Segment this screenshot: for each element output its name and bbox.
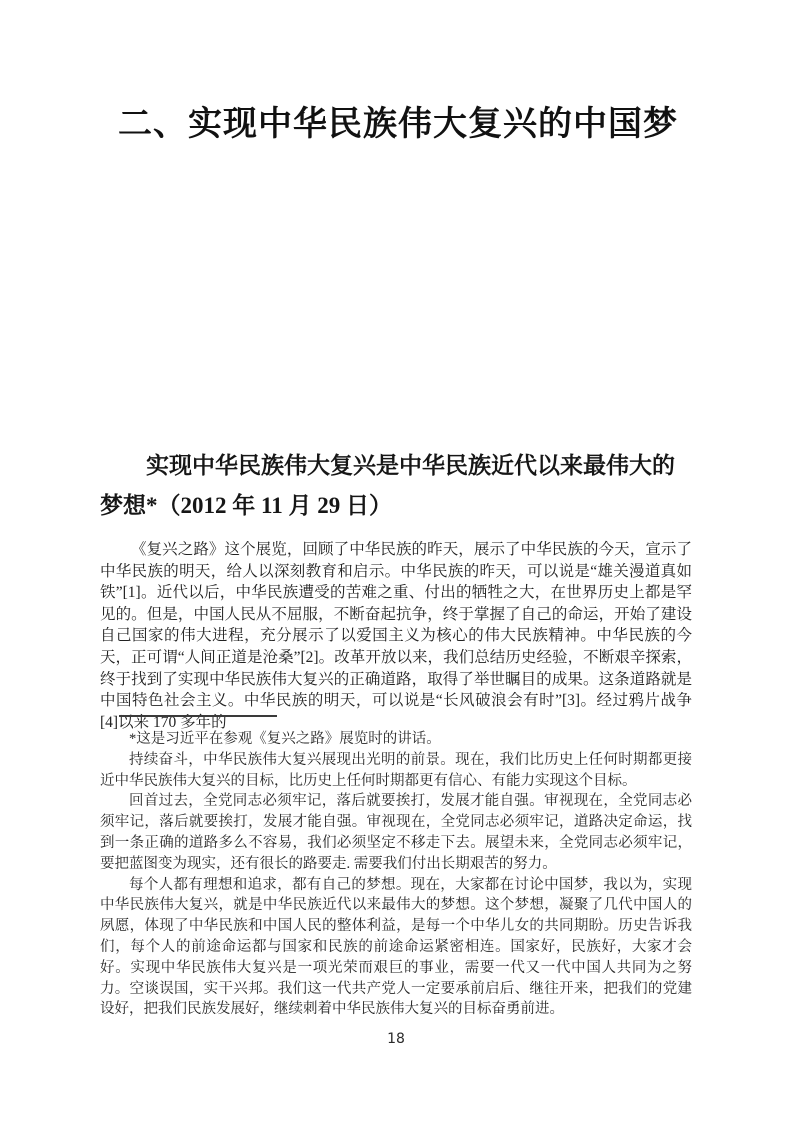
footnote-text: *这是习近平在参观《复兴之路》展览时的讲话。 bbox=[100, 729, 692, 750]
section-heading: 实现中华民族伟大复兴是中华民族近代以来最伟大的梦想*（2012 年 11 月 2… bbox=[100, 446, 696, 526]
continuation-paragraph: 持续奋斗，中华民族伟大复兴展现出光明的前景。现在，我们比历史上任何时期都更接近中… bbox=[100, 750, 692, 792]
continuation-paragraph: 每个人都有理想和追求，都有自己的梦想。现在，大家都在讨论中国梦，我以为，实现中华… bbox=[100, 875, 692, 1021]
footnote-separator bbox=[119, 715, 277, 717]
chapter-title: 二、实现中华民族伟大复兴的中国梦 bbox=[100, 96, 696, 145]
document-page: 二、实现中华民族伟大复兴的中国梦 实现中华民族伟大复兴是中华民族近代以来最伟大的… bbox=[0, 0, 800, 1131]
footnote-block: *这是习近平在参观《复兴之路》展览时的讲话。 持续奋斗，中华民族伟大复兴展现出光… bbox=[100, 729, 692, 1020]
continuation-paragraph: 回首过去，全党同志必须牢记，落后就要挨打，发展才能自强。审视现在，全党同志必须牢… bbox=[100, 791, 692, 874]
page-number: 18 bbox=[100, 1031, 692, 1047]
body-text-block: 《复兴之路》这个展览，回顾了中华民族的昨天，展示了中华民族的今天，宣示了中华民族… bbox=[100, 539, 692, 733]
body-paragraph: 《复兴之路》这个展览，回顾了中华民族的昨天，展示了中华民族的今天，宣示了中华民族… bbox=[100, 539, 692, 733]
